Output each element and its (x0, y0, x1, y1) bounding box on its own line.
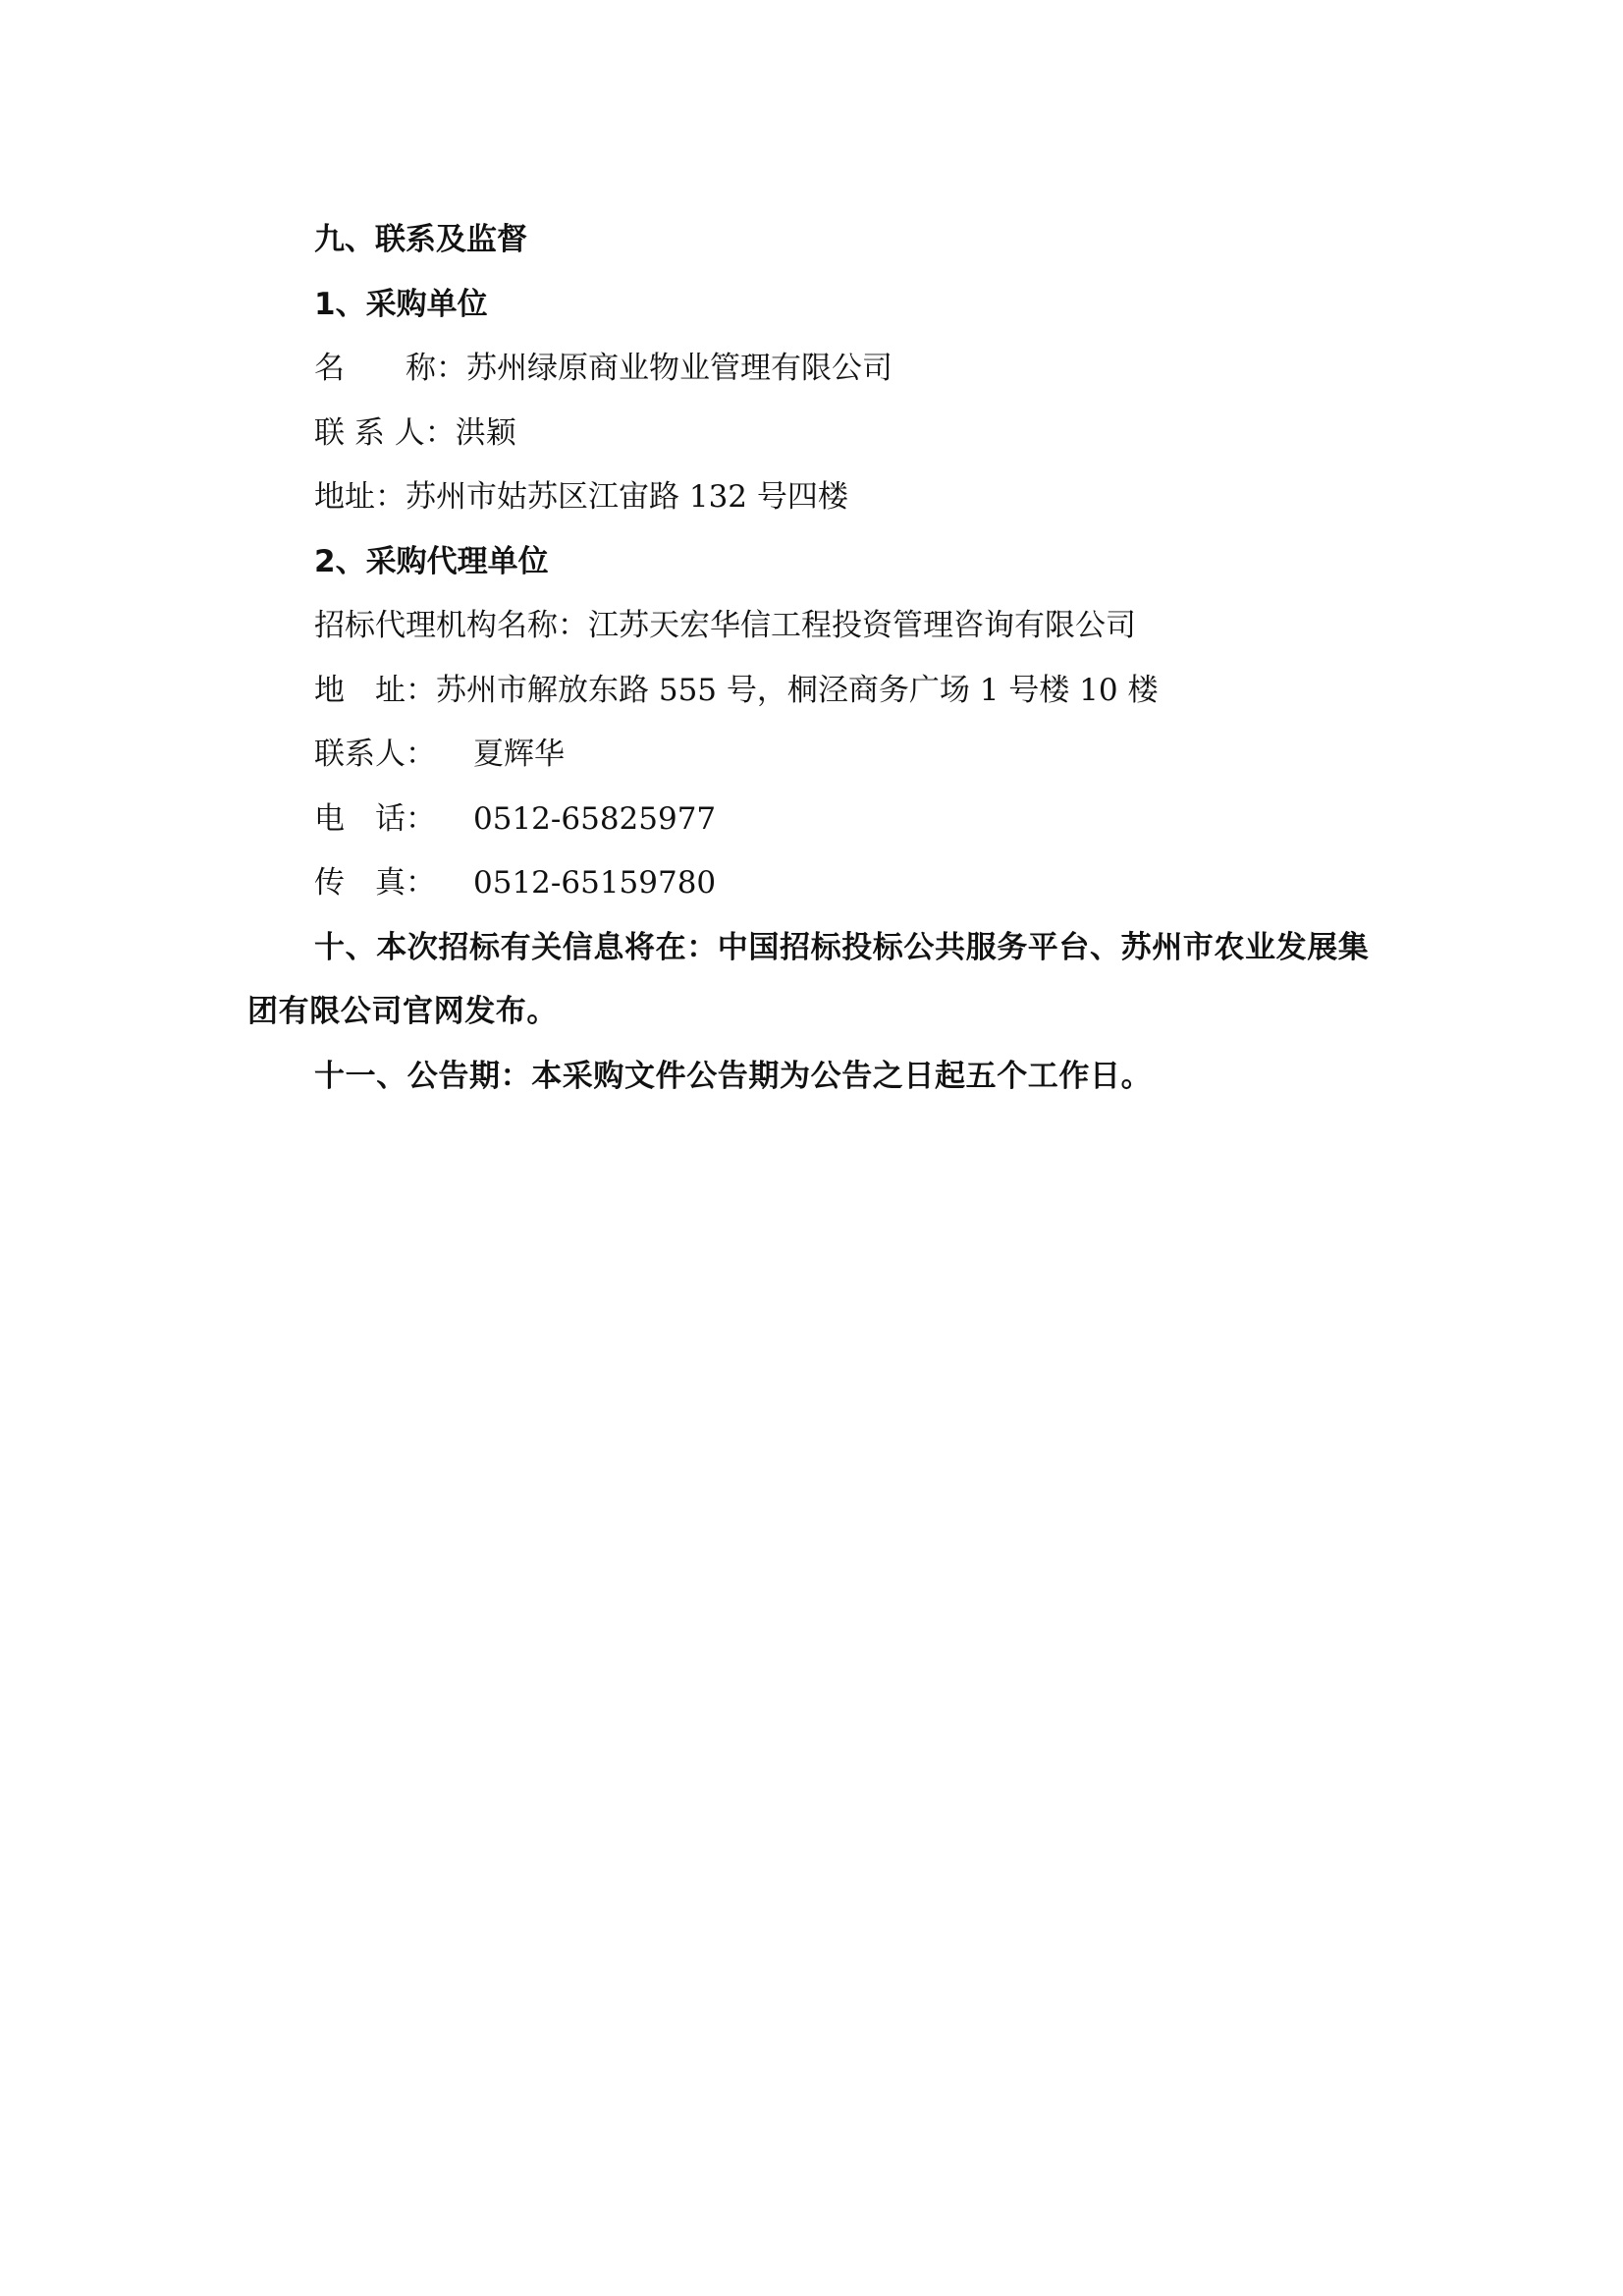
document-page: 九、联系及监督 1、采购单位 名 称：苏州绿原商业物业管理有限公司 联 系 人：… (0, 0, 1623, 2296)
section-11-paragraph: 十一、公告期：本采购文件公告期为公告之日起五个工作日。 (247, 1045, 1386, 1110)
section-10-paragraph: 十、本次招标有关信息将在：中国招标投标公共服务平台、苏州市农业发展集团有限公司官… (247, 916, 1386, 1045)
agent-name-row: 招标代理机构名称：江苏天宏华信工程投资管理咨询有限公司 (247, 594, 1386, 659)
agent-name-value: 江苏天宏华信工程投资管理咨询有限公司 (588, 608, 1136, 643)
purchaser-contact-row: 联 系 人：洪颖 (247, 402, 1386, 466)
purchaser-contact-value: 洪颖 (456, 415, 516, 451)
agent-contact-label: 联系人： (314, 723, 473, 788)
agent-fax-value: 0512-65159780 (473, 865, 716, 901)
agent-phone-value: 0512-65825977 (473, 801, 716, 837)
document-content: 九、联系及监督 1、采购单位 名 称：苏州绿原商业物业管理有限公司 联 系 人：… (247, 208, 1386, 1109)
purchaser-contact-label: 联 系 人： (314, 402, 456, 466)
purchaser-name-label: 名 称： (314, 337, 466, 402)
agent-phone-row: 电 话：0512-65825977 (247, 788, 1386, 852)
agent-contact-row: 联系人：夏辉华 (247, 723, 1386, 788)
agent-address-row: 地 址：苏州市解放东路 555 号，桐泾商务广场 1 号楼 10 楼 (247, 659, 1386, 724)
purchaser-address-value: 苏州市姑苏区江宙路 132 号四楼 (406, 479, 848, 515)
agent-fax-row: 传 真：0512-65159780 (247, 851, 1386, 916)
section-9-title: 九、联系及监督 (247, 208, 1386, 273)
agent-address-value: 苏州市解放东路 555 号，桐泾商务广场 1 号楼 10 楼 (436, 673, 1158, 708)
agent-name-label: 招标代理机构名称： (314, 594, 588, 659)
purchaser-address-label: 地址： (314, 465, 406, 530)
purchaser-name-row: 名 称：苏州绿原商业物业管理有限公司 (247, 337, 1386, 402)
agent-address-label: 地 址： (314, 659, 436, 724)
agent-phone-label: 电 话： (314, 788, 473, 852)
purchaser-heading: 1、采购单位 (247, 273, 1386, 338)
purchaser-address-row: 地址：苏州市姑苏区江宙路 132 号四楼 (247, 465, 1386, 530)
agent-fax-label: 传 真： (314, 851, 473, 916)
agent-contact-value: 夏辉华 (473, 737, 565, 772)
purchaser-name-value: 苏州绿原商业物业管理有限公司 (466, 351, 893, 386)
agent-heading: 2、采购代理单位 (247, 530, 1386, 595)
